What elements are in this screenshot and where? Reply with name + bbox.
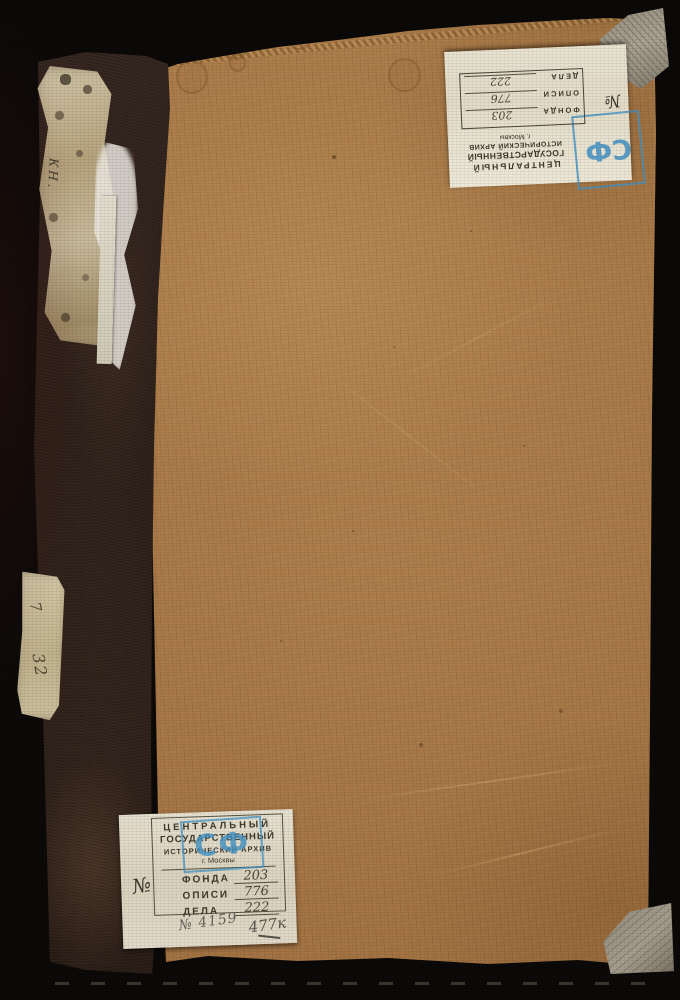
field-value-handwritten: 222 [235,901,279,917]
field-value-handwritten: 776 [234,885,278,901]
crease-line [349,760,636,802]
dirt-specks [148,14,150,16]
fond-opis-delo-table: ФОНДА 203 ОПИСИ 776 ДЕЛА 222 [459,68,585,129]
stain-ring [286,24,312,50]
crease-line [313,360,503,509]
label-damage-blots [34,66,37,69]
bottom-stitch-marks [55,982,645,985]
field-value-handwritten: 203 [466,107,538,122]
field-label: ДЕЛА [536,71,578,82]
field-label: ФОНДА [538,105,580,116]
spine-handwritten-mark: 7 [26,600,46,613]
field-value-handwritten: 776 [465,90,537,105]
field-label: ОПИСИ [182,889,234,902]
archive-label-top: СФ ЦЕНТРАЛЬНЫЙ ГОСУДАРСТВЕННЫЙ ИСТОРИЧЕС… [444,44,632,188]
spine-handwritten-mark: 32 [29,652,52,679]
stain-ring [229,54,246,72]
stain-ring [388,58,421,92]
stain-ring [234,6,258,28]
numero-sign: № [603,90,622,112]
field-label: ОПИСИ [537,88,579,99]
stain-ring [176,60,208,94]
field-value-handwritten: 203 [234,869,278,885]
crease-line [421,827,625,880]
institution-name: ЦЕНТРАЛЬНЫЙ ГОСУДАРСТВЕННЫЙ ИСТОРИЧЕСКИЙ… [452,130,580,173]
crease-line [390,285,576,385]
archive-label-bottom: ЦЕНТРАЛЬНЫЙ ГОСУДАРСТВЕННЫЙ ИСТОРИЧЕСКИЙ… [119,809,298,949]
field-value-handwritten: 222 [464,73,536,88]
spine-label-text: КН. [45,158,61,191]
archive-book-cover-photo: КН. 7 32 СФ ЦЕНТРАЛЬНЫЙ ГОСУДАРСТВЕННЫЙ … [0,0,680,1000]
numero-sign: № [130,872,153,899]
field-label: ФОНДА [182,873,234,886]
pencil-code: 477к [248,913,288,936]
sf-stamp: СФ [180,816,264,874]
